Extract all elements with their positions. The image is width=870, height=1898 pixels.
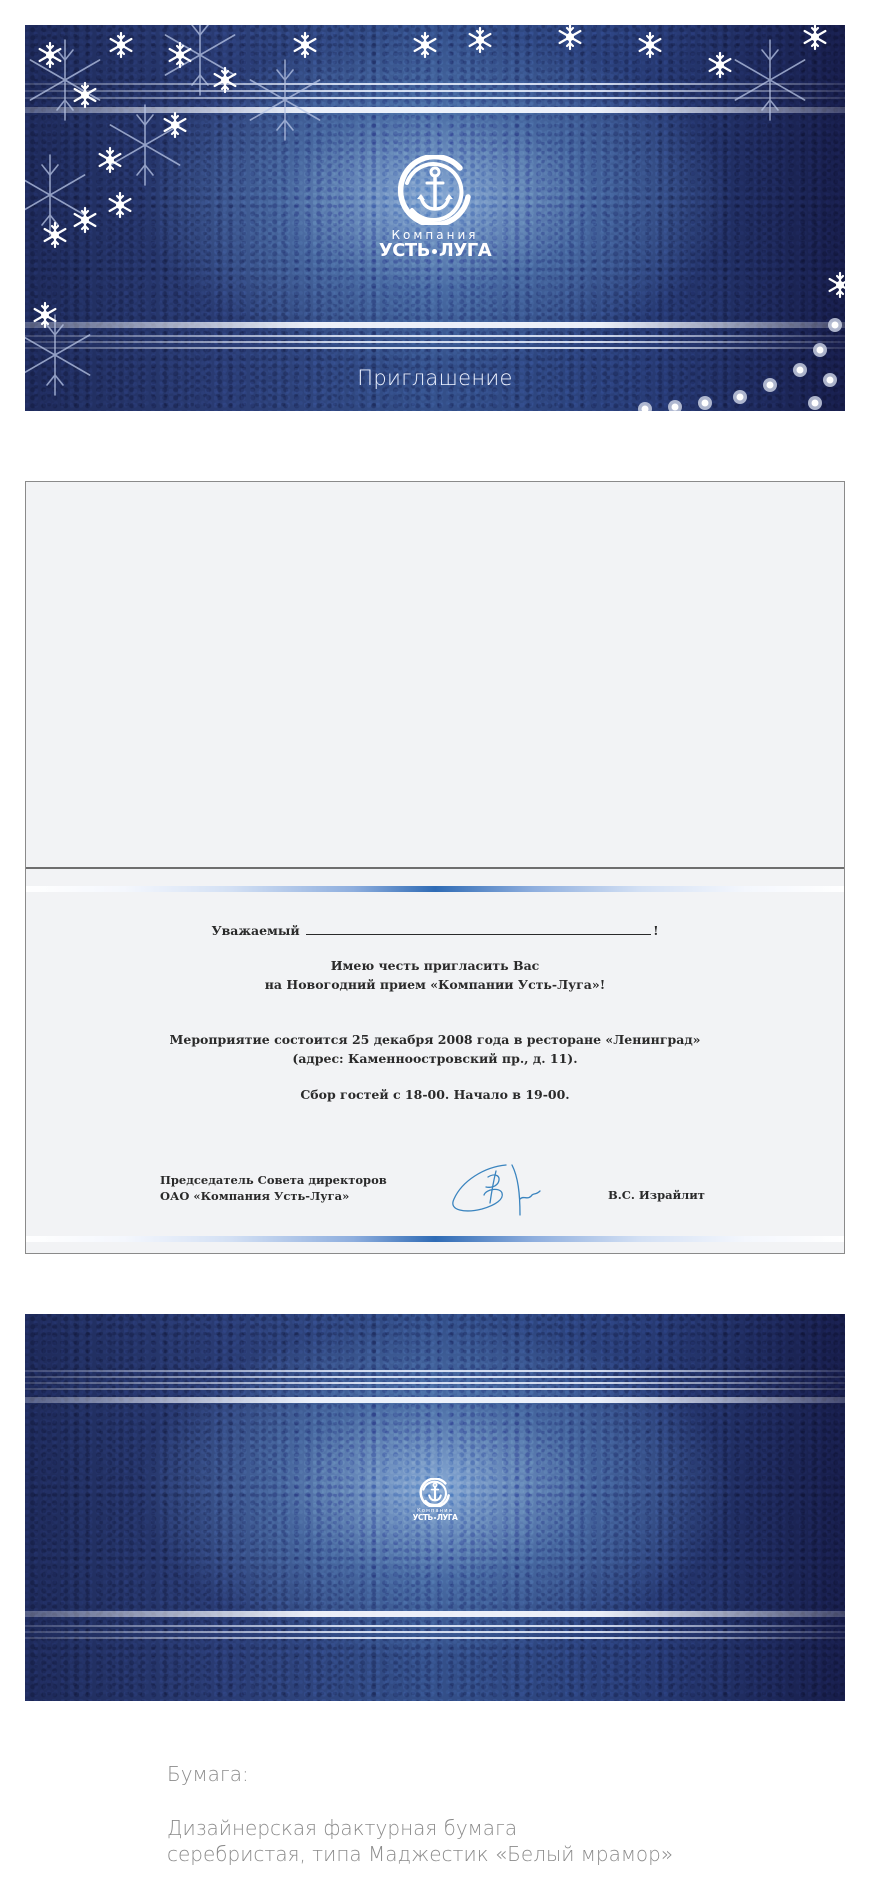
anchor-ring-icon <box>418 1478 452 1507</box>
decorative-stripe <box>25 1382 845 1384</box>
decorative-stripe <box>25 1370 845 1372</box>
anchor-ring-icon <box>394 155 476 225</box>
invitation-back-card: Компания УСТЬ ЛУГА <box>25 1314 845 1701</box>
decorative-stripe <box>25 1397 845 1403</box>
event-line-1: Мероприятие состоится 25 декабря 2008 го… <box>26 1032 844 1047</box>
logo-word-luga: ЛУГА <box>439 242 491 260</box>
logo-dot <box>434 1517 436 1519</box>
company-logo-small: Компания УСТЬ ЛУГА <box>410 1478 460 1522</box>
decorative-stripe <box>25 1611 845 1617</box>
decorative-stripe <box>25 1388 845 1390</box>
decorative-stripe <box>25 1376 845 1378</box>
logo-word-ust: УСТЬ <box>413 1514 433 1522</box>
signatory-title-line-2: ОАО «Компания Усть-Луга» <box>160 1188 387 1204</box>
schedule-line: Сбор гостей с 18-00. Начало в 19-00. <box>26 1087 844 1102</box>
signatory-name: В.С. Израйлит <box>608 1188 705 1202</box>
signatory-title-line-1: Председатель Совета директоров <box>160 1172 387 1188</box>
blue-gradient-band-top <box>26 886 844 892</box>
invite-line-2: на Новогодний прием «Компании Усть-Луга»… <box>26 977 844 992</box>
invite-line-1: Имею честь пригласить Вас <box>26 958 844 973</box>
invitation-inner-card: Уважаемый ! Имею честь пригласить Вас на… <box>25 481 845 1254</box>
greeting-line: Уважаемый ! <box>26 922 844 938</box>
decorative-stripe <box>25 1631 845 1633</box>
logo-brand-name: УСТЬ ЛУГА <box>379 242 491 260</box>
paper-spec-heading: Бумага: <box>167 1762 249 1786</box>
guest-name-blank <box>306 922 651 935</box>
signatory-title: Председатель Совета директоров ОАО «Комп… <box>160 1172 387 1204</box>
greeting-prefix: Уважаемый <box>211 923 299 938</box>
event-line-2: (адрес: Каменноостровский пр., д. 11). <box>26 1051 844 1066</box>
paper-spec-line-2: серебристая, типа Маджестик «Белый мрамо… <box>167 1842 673 1866</box>
logo-brand-name: УСТЬ ЛУГА <box>413 1514 458 1522</box>
blue-gradient-band-bottom <box>26 1236 844 1242</box>
logo-word-ust: УСТЬ <box>379 242 430 260</box>
signature-icon <box>444 1159 554 1219</box>
company-logo: Компания УСТЬ ЛУГА <box>375 155 495 260</box>
decorative-stripe <box>25 1637 845 1639</box>
invitation-title: Приглашение <box>25 366 845 390</box>
fold-line <box>26 867 844 869</box>
greeting-suffix: ! <box>653 923 659 938</box>
decorative-stripe <box>25 1625 845 1627</box>
logo-word-luga: ЛУГА <box>437 1514 458 1522</box>
invitation-cover-card: Компания УСТЬ ЛУГА Приглашение <box>25 25 845 411</box>
logo-dot <box>432 249 437 254</box>
paper-spec-line-1: Дизайнерская фактурная бумага <box>167 1816 517 1840</box>
